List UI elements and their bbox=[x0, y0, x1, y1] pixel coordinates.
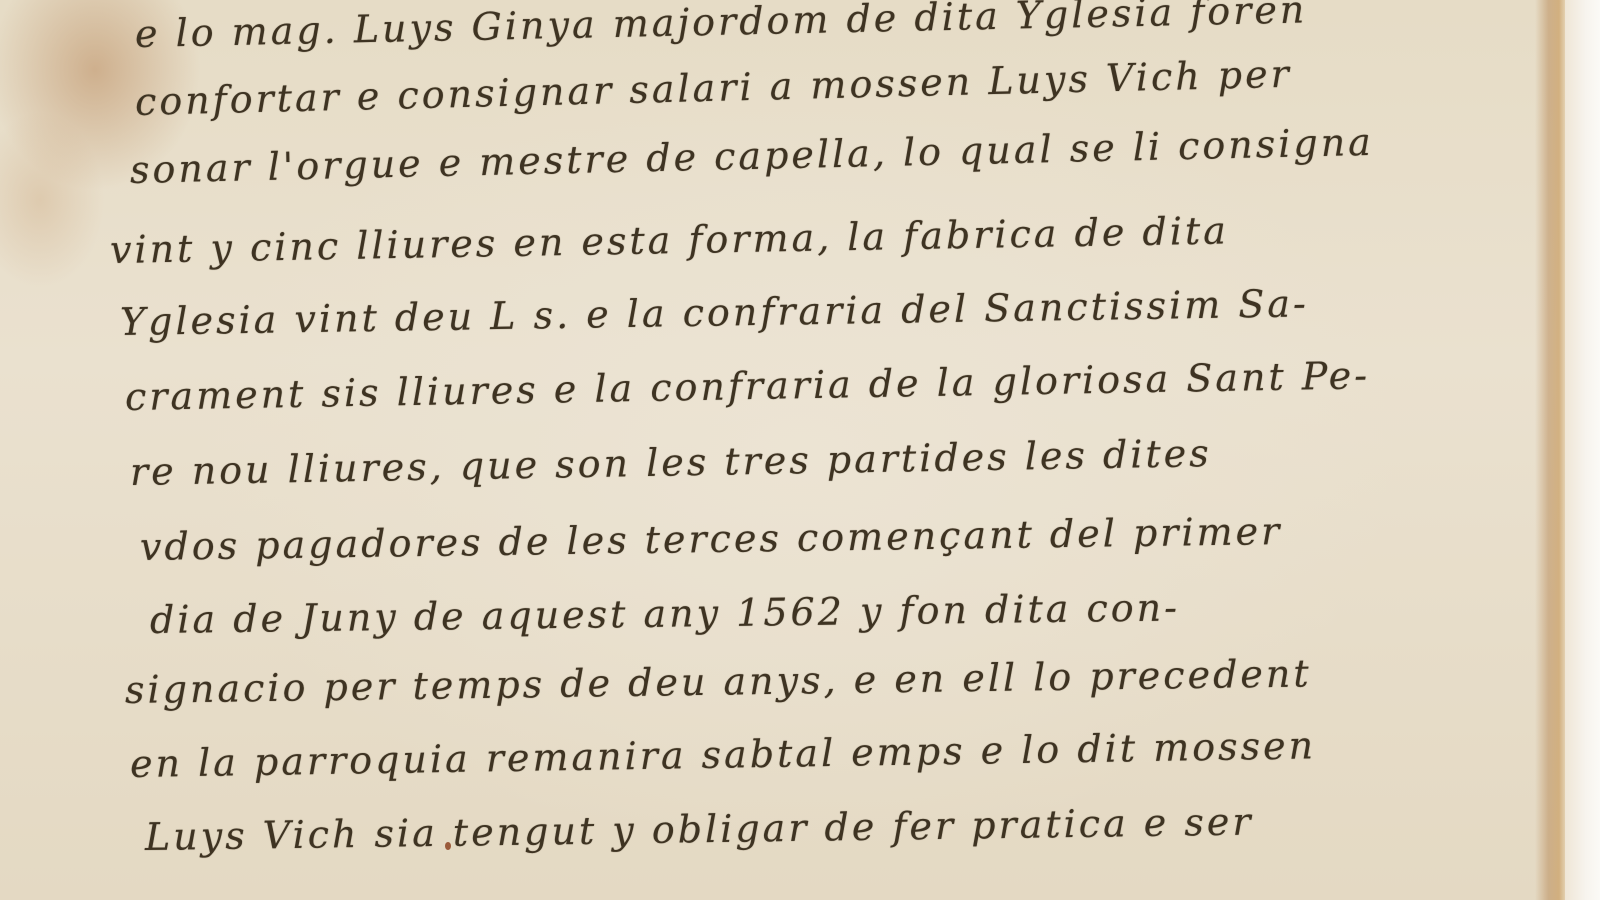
page-edge bbox=[1535, 0, 1565, 900]
page-margin bbox=[1565, 0, 1600, 900]
